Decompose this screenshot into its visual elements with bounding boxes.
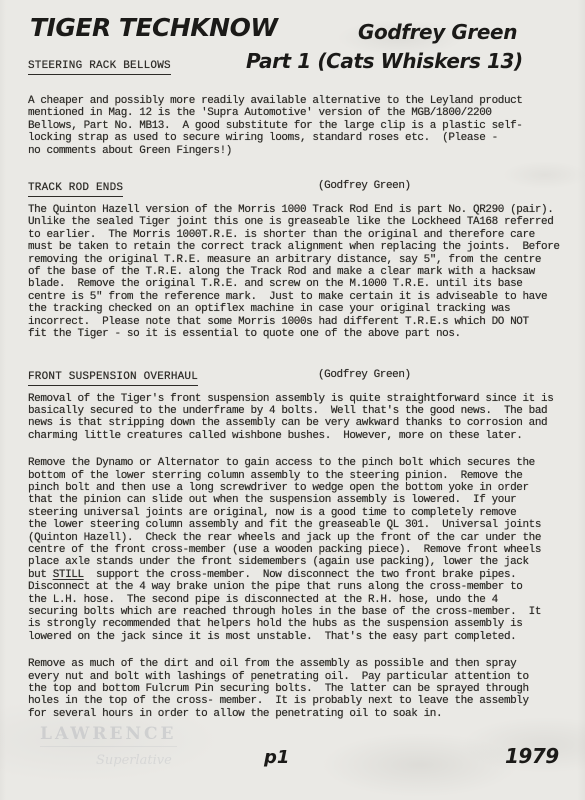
paragraph: Remove as much of the dirt and oil from …: [28, 658, 568, 720]
page-number: p1: [264, 747, 289, 768]
section-heading: TRACK ROD ENDS: [28, 181, 123, 197]
underlined-word: STILL: [53, 569, 84, 581]
section-heading-row: TRACK ROD ENDS(Godfrey Green): [28, 179, 568, 193]
section-heading-row: FRONT SUSPENSION OVERHAUL(Godfrey Green): [28, 368, 568, 382]
section-attribution: (Godfrey Green): [318, 368, 411, 382]
section-steering-rack-bellows: STEERING RACK BELLOWSA cheaper and possi…: [28, 57, 568, 157]
paragraph: A cheaper and possibly more readily avai…: [28, 95, 568, 157]
scanned-newsletter-page: TIGER TECHKNOW Godfrey Green Part 1 (Cat…: [0, 0, 585, 800]
article-body: STEERING RACK BELLOWSA cheaper and possi…: [28, 57, 568, 720]
author-name: Godfrey Green: [358, 20, 517, 44]
newsletter-title: TIGER TECHKNOW: [30, 13, 277, 42]
paragraph: Remove the Dynamo or Alternator to gain …: [28, 457, 568, 643]
section-front-suspension-overhaul: FRONT SUSPENSION OVERHAUL(Godfrey Green)…: [28, 368, 568, 721]
paragraph: The Quinton Hazell version of the Morris…: [28, 204, 568, 340]
section-heading: FRONT SUSPENSION OVERHAUL: [28, 370, 198, 386]
section-heading-row: STEERING RACK BELLOWS: [28, 57, 568, 71]
bleedthrough-text-lawrence: LAWRENCE: [40, 724, 177, 747]
section-track-rod-ends: TRACK ROD ENDS(Godfrey Green)The Quinton…: [28, 179, 568, 340]
paragraph: Removal of the Tiger's front suspension …: [28, 393, 568, 443]
section-heading: STEERING RACK BELLOWS: [28, 59, 171, 75]
year-label: 1979: [505, 744, 559, 768]
bleedthrough-text-superlative: Superlative: [96, 753, 172, 768]
section-attribution: (Godfrey Green): [318, 179, 411, 193]
